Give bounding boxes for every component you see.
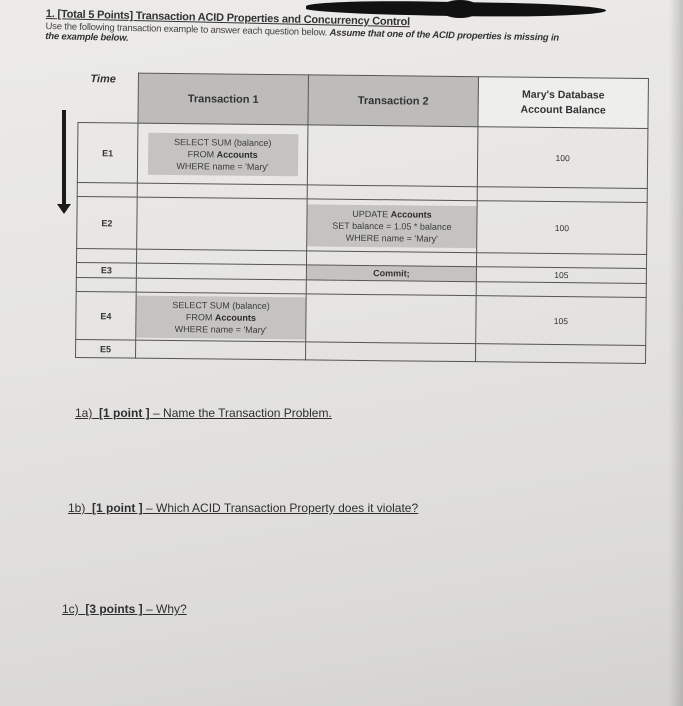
balance-cell: 105 <box>476 267 646 284</box>
table-row: E4 SELECT SUM (balance) FROM Accounts WH… <box>76 291 646 345</box>
time-label: E2 <box>77 196 138 249</box>
sql-select: SELECT SUM (balance) FROM Accounts WHERE… <box>147 132 297 176</box>
balance-cell: 105 <box>476 296 646 346</box>
table-row: E2 UPDATE Accounts SET balance = 1.05 * … <box>77 196 648 254</box>
question-heading: 1. [Total 5 Points] Transaction ACID Pro… <box>45 8 683 57</box>
t2-cell <box>307 125 478 187</box>
sql-select: SELECT SUM (balance) FROM Accounts WHERE… <box>136 295 305 339</box>
page-edge-shadow <box>669 0 683 706</box>
sql-update: UPDATE Accounts SET balance = 1.05 * bal… <box>307 204 476 248</box>
t1-cell <box>137 197 308 251</box>
time-label: E3 <box>76 262 136 278</box>
table-row: E1 SELECT SUM (balance) FROM Accounts WH… <box>77 123 648 189</box>
transaction-schedule-table: Time Transaction 1 Transaction 2 Mary's … <box>75 72 682 368</box>
t2-cell <box>306 294 476 344</box>
document-page: 1. [Total 5 Points] Transaction ACID Pro… <box>0 0 683 706</box>
time-label: E1 <box>77 123 138 184</box>
balance-cell: 100 <box>477 201 648 255</box>
header-balance: Mary's Database Account Balance <box>478 77 649 129</box>
t1-cell <box>136 263 306 280</box>
question-1b: 1b) [1 point ] – Which ACID Transaction … <box>68 501 418 515</box>
time-label: E4 <box>76 291 136 340</box>
header-transaction-1: Transaction 1 <box>138 73 309 125</box>
question-1c: 1c) [3 points ] – Why? <box>62 602 187 616</box>
t1-cell <box>136 340 306 360</box>
question-1a: 1a) [1 point ] – Name the Transaction Pr… <box>75 406 332 420</box>
t1-cell: SELECT SUM (balance) FROM Accounts WHERE… <box>136 292 306 342</box>
t2-cell <box>305 342 475 362</box>
t2-cell: Commit; <box>306 265 476 282</box>
time-arrow-icon <box>62 110 66 206</box>
balance-cell <box>475 344 645 364</box>
t1-cell: SELECT SUM (balance) FROM Accounts WHERE… <box>137 123 308 185</box>
header-transaction-2: Transaction 2 <box>308 75 479 127</box>
redaction-mark <box>440 0 480 18</box>
time-label: E5 <box>76 339 136 358</box>
commit-statement: Commit; <box>307 265 476 281</box>
t2-cell: UPDATE Accounts SET balance = 1.05 * bal… <box>307 199 478 253</box>
time-header: Time <box>78 73 139 124</box>
balance-cell: 100 <box>477 127 648 189</box>
